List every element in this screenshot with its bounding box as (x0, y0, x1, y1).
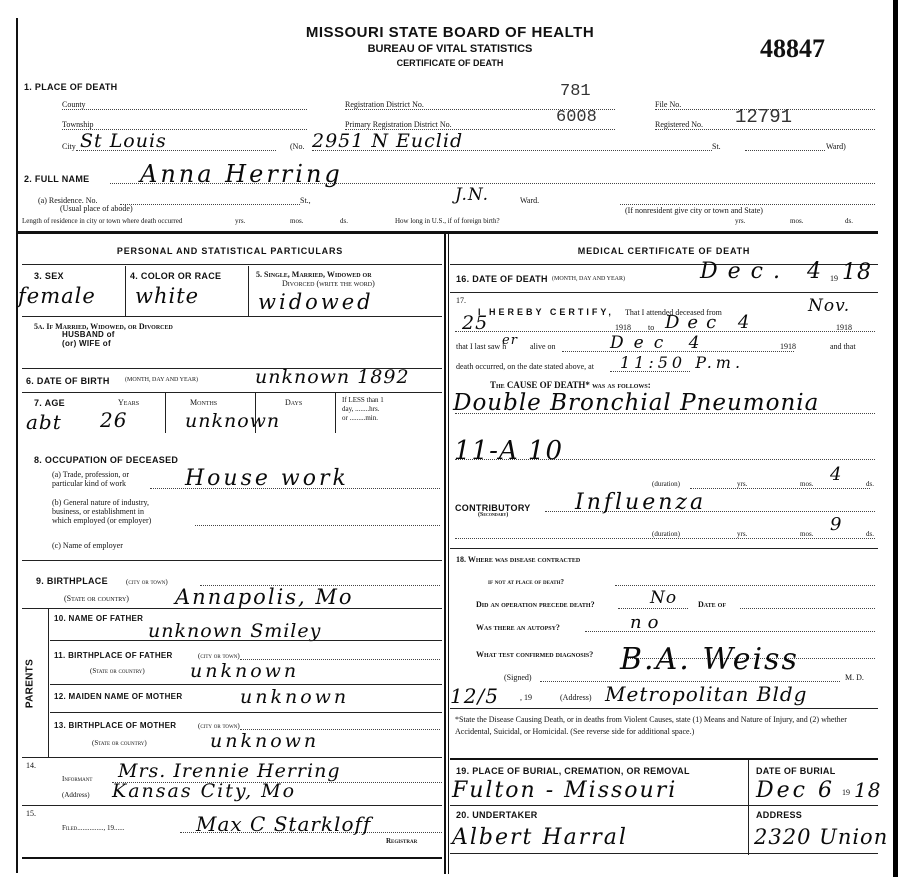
ward-line (745, 150, 825, 151)
filed-label: Filed..............., 19...... (62, 824, 125, 832)
township-label: Township (62, 120, 93, 129)
dod-year-value: 18 (842, 260, 872, 285)
father-name-label: 10. NAME OF FATHER (54, 614, 143, 623)
father-state-label: (State or country) (90, 667, 145, 675)
dod-label: 16. DATE OF DEATH (456, 274, 548, 284)
row-line (22, 560, 442, 561)
duration-mos: mos. (800, 480, 813, 488)
years-label: Years (118, 398, 139, 407)
row-line (450, 708, 878, 709)
wife-label: (or) WIFE of (62, 339, 111, 348)
parents-divider (48, 608, 49, 758)
primary-reg-district-label: Primary Registration District No. (345, 120, 452, 129)
county-field: County (62, 100, 307, 110)
occ-a-value: House work (185, 466, 349, 491)
filed-no: 15. (26, 809, 36, 818)
informant-no: 14. (26, 761, 36, 770)
township-field: Township (62, 120, 307, 130)
occupation-label: 8. OCCUPATION OF DECEASED (34, 455, 178, 465)
mos-label: mos. (290, 217, 303, 225)
marital-value: widowed (258, 290, 374, 314)
yrs-label: yrs. (235, 217, 245, 225)
cause-code: 11-A 10 (454, 436, 563, 466)
dob-value: unknown 1892 (255, 366, 410, 388)
mother-name-label: 12. MAIDEN NAME OF MOTHER (54, 692, 182, 701)
autopsy-label: Was there an autopsy? (476, 623, 560, 632)
mother-birthplace-label: 13. BIRTHPLACE OF MOTHER (54, 721, 176, 730)
signed-year-label: , 19 (520, 693, 532, 702)
undertaker-value: Albert Harral (452, 825, 628, 850)
undertaker-address-label: ADDRESS (756, 810, 802, 820)
attended-from-year: 1918 (615, 323, 631, 332)
reg-district-value: 781 (560, 82, 591, 101)
signed-address-label: (Address) (560, 693, 592, 702)
attended-to-year: 1918 (836, 323, 852, 332)
burial-label: 19. PLACE OF BURIAL, CREMATION, OR REMOV… (456, 766, 690, 776)
col-divider (125, 266, 126, 316)
age-months-days: unknown (185, 410, 280, 432)
birthplace-label: 9. BIRTHPLACE (36, 576, 108, 586)
marital-sub: Divorced (write the word) (282, 279, 375, 288)
undertaker-label: 20. UNDERTAKER (456, 810, 538, 820)
contributory-duration-days: 9 (830, 514, 842, 535)
residence-mark: J.N. (455, 185, 489, 205)
certify-label: I HEREBY CERTIFY, (478, 307, 614, 317)
last-alive: Dec 4 (610, 333, 709, 353)
row-line (450, 292, 878, 293)
certify-no: 17. (456, 296, 466, 305)
contributory-value: Influenza (575, 490, 706, 515)
last-saw-her: er (502, 333, 518, 348)
duration-yrs: yrs. (737, 480, 747, 488)
burial-year-prefix: 19 (842, 788, 850, 797)
mother-birthplace-value: unknown (210, 730, 319, 752)
residence-st: St., (300, 196, 311, 205)
cause-duration-days: 4 (830, 464, 842, 485)
operation-value: No (650, 588, 677, 608)
burial-year-value: 18 (854, 778, 881, 802)
center-divider-inner (448, 234, 449, 874)
birthplace-value: Annapolis, Mo (175, 585, 354, 609)
cause-footnote: *State the Disease Causing Death, or in … (455, 714, 875, 738)
race-label: 4. COLOR OR RACE (130, 271, 221, 281)
contracted-label: 18. Where was disease contracted (456, 555, 580, 564)
medical-section-title: MEDICAL CERTIFICATE OF DEATH (450, 246, 878, 256)
row-line (50, 640, 442, 641)
no-label: (No. (290, 142, 304, 151)
time-value: 11:50 P.m. (620, 353, 744, 372)
undertaker-address-value: 2320 Union (754, 825, 888, 849)
burial-date-value: Dec 6 (756, 778, 835, 803)
father-name-value: unknown Smiley (148, 620, 321, 642)
duration-ds: ds. (866, 480, 874, 488)
not-place-label: if not at place of death? (488, 578, 564, 586)
sex-value: female (18, 284, 96, 308)
informant-value: Mrs. Irennie Herring (118, 760, 341, 782)
row-line (22, 757, 442, 758)
bottom-line (22, 857, 442, 859)
city-label: City (62, 142, 76, 151)
registered-no-value: 12791 (735, 106, 792, 128)
col-divider (335, 393, 336, 433)
contributory-duration-label: (duration) (652, 530, 680, 538)
nonresident-note: (If nonresident give city or town and St… (625, 206, 763, 215)
residence-line (120, 204, 300, 205)
row-line (450, 853, 878, 854)
autopsy-line (585, 631, 875, 632)
months-label: Months (190, 398, 217, 407)
mother-state-label: (State or country) (92, 739, 147, 747)
age-prefix: abt (26, 410, 62, 434)
attended-from-month: Nov. (808, 296, 850, 316)
contributory-sub: (Secondary) (478, 512, 508, 518)
to-label: to (648, 323, 654, 332)
us-ds-label: ds. (845, 217, 853, 225)
col-divider (165, 393, 166, 433)
section-divider (16, 231, 878, 234)
less-label-1: If LESS than 1 (342, 396, 384, 404)
row-line (50, 684, 442, 685)
less-label-2: day, ........hrs. (342, 405, 379, 413)
signed-label: (Signed) (504, 673, 532, 682)
duration-label: (duration) (652, 480, 680, 488)
us-yrs-label: yrs. (735, 217, 745, 225)
row-line (50, 712, 442, 713)
dod-sub: (month, day and year) (552, 276, 625, 282)
mother-birthplace-sub: (city or town) (198, 722, 240, 730)
address-label: (Address) (62, 791, 90, 799)
occ-b-line (195, 525, 440, 526)
dob-label: 6. DATE OF BIRTH (26, 376, 110, 386)
age-label: 7. AGE (34, 398, 65, 408)
col-divider (248, 266, 249, 316)
st-label: St. (712, 142, 721, 151)
signed-date-value: 12/5 (450, 684, 499, 708)
file-no-label: File No. (655, 100, 681, 109)
registrar-value: Max C Starkloff (196, 812, 371, 836)
ds-label: ds. (340, 217, 348, 225)
cause-label: The CAUSE OF DEATH* was as follows: (490, 380, 651, 390)
residence-sub: (Usual place of abode) (60, 204, 133, 213)
contributory-duration-line (455, 538, 875, 539)
row-line (22, 316, 442, 317)
full-name-label: 2. FULL NAME (24, 174, 89, 184)
us-label: How long in U.S., if of foreign birth? (395, 217, 500, 225)
cause-value: Double Bronchial Pneumonia (453, 390, 819, 416)
informant-label: Informant (62, 775, 92, 783)
sex-label: 3. SEX (34, 271, 64, 281)
residence-ward: Ward. (520, 196, 539, 205)
date-of-line (740, 608, 875, 609)
nonresident-line (620, 204, 875, 205)
row-line (22, 805, 442, 806)
row-line (450, 548, 878, 549)
father-birthplace-label: 11. BIRTHPLACE OF FATHER (54, 651, 173, 660)
county-label: County (62, 100, 86, 109)
occ-a-label-2: particular kind of work (52, 479, 126, 488)
length-residence-label: Length of residence in city or town wher… (22, 217, 182, 225)
place-of-death-label: 1. PLACE OF DEATH (24, 82, 117, 92)
dod-year-prefix: 19 (830, 274, 838, 283)
dod-value: Dec. 4 (700, 259, 831, 284)
row-line (450, 758, 878, 760)
reg-district-label: Registration District No. (345, 100, 424, 109)
burial-value: Fulton - Missouri (452, 778, 677, 803)
occurred-label: death occurred, on the date stated above… (456, 362, 594, 371)
registered-no-label: Registered No. (655, 120, 703, 129)
birthplace-sub: (city or town) (126, 578, 168, 586)
race-value: white (135, 284, 199, 308)
last-alive-year: 1918 (780, 342, 796, 351)
and-that-label: and that (830, 342, 856, 351)
contributory-yrs: yrs. (737, 530, 747, 538)
right-border (893, 0, 898, 877)
contracted-line (615, 585, 875, 586)
attended-from-day: 25 (462, 312, 488, 334)
mother-name-value: unknown (240, 686, 349, 708)
father-birthplace-value: unknown (190, 660, 299, 682)
city-value: St Louis (80, 130, 167, 152)
registrar-label: Registrar (386, 837, 417, 845)
primary-reg-district-value: 6008 (556, 108, 597, 127)
contributory-ds: ds. (866, 530, 874, 538)
occ-c-label: (c) Name of employer (52, 541, 123, 550)
attended-to: Dec 4 (665, 312, 757, 333)
duration-line (690, 488, 870, 489)
father-birthplace-sub: (city or town) (198, 652, 240, 660)
parents-label: PARENTS (25, 634, 36, 734)
us-mos-label: mos. (790, 217, 803, 225)
age-years: 26 (100, 408, 127, 432)
burial-date-label: DATE OF BURIAL (756, 766, 836, 776)
address-value: 2951 N Euclid (312, 130, 463, 152)
signed-value: B.A. Weiss (620, 642, 799, 677)
occ-b-label-3: which employed (or employer) (52, 516, 151, 525)
marital-label: 5. Single, Married, Widowed or (256, 270, 372, 279)
autopsy-value: no (630, 612, 664, 633)
row-line (450, 805, 878, 806)
row-line (22, 264, 442, 265)
test-label: What test confirmed diagnosis? (476, 650, 593, 659)
informant-address-value: Kansas City, Mo (112, 780, 296, 802)
row-line (22, 608, 442, 609)
last-saw-label: that I last saw h (456, 342, 506, 351)
signed-address-value: Metropolitan Bldg (605, 682, 808, 706)
personal-section-title: PERSONAL AND STATISTICAL PARTICULARS (16, 246, 444, 256)
alive-on-label: alive on (530, 342, 556, 351)
md-label: M. D. (845, 673, 864, 682)
birthplace-state-label: (State or country) (64, 594, 129, 603)
contributory-mos: mos. (800, 530, 813, 538)
husband-label: HUSBAND of (62, 330, 115, 339)
left-border (16, 18, 18, 873)
occ-b-label-2: business, or establishment in (52, 507, 144, 516)
less-label-3: or .........min. (342, 414, 378, 422)
col-divider (748, 760, 749, 855)
days-label: Days (285, 398, 302, 407)
occ-b-label-1: (b) General nature of industry, (52, 498, 149, 507)
row-line (22, 392, 442, 393)
date-of-label: Date of (698, 600, 726, 609)
full-name-value: Anna Herring (140, 160, 343, 188)
occ-a-label-1: (a) Trade, profession, or (52, 470, 129, 479)
ward-label: Ward) (826, 142, 846, 151)
center-divider (444, 234, 446, 874)
dob-sub: (month, day and year) (125, 377, 198, 383)
certificate-number: 48847 (760, 34, 825, 64)
operation-label: Did an operation precede death? (476, 600, 595, 609)
operation-line (618, 608, 688, 609)
